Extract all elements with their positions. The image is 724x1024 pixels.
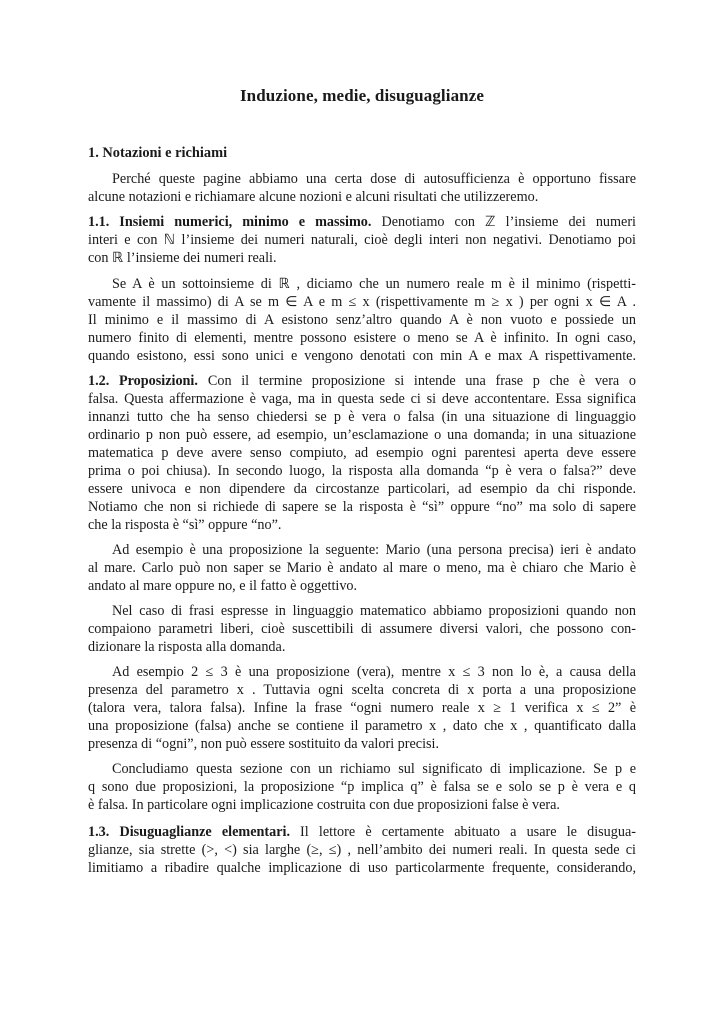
paragraph-line: alcune notazioni e richiamare alcune noz… — [88, 188, 636, 206]
paragraph-line: innanzi tutto che ha senso chiedersi se … — [88, 408, 636, 426]
subsection-heading: 1.1. Insiemi numerici, minimo e massimo. — [88, 214, 371, 230]
subsection-1-2-first-line: 1.2. Proposizioni.Con il termine proposi… — [88, 372, 636, 390]
paragraph-line: glianze, sia strette (>, <) sia larghe (… — [88, 841, 636, 859]
paragraph-text: Il lettore è certamente abituato a usare… — [300, 824, 636, 840]
subsection-1-3-first-line: 1.3. Disuguaglianze elementari.Il lettor… — [88, 823, 636, 841]
paragraph-text: Con il termine proposizione si intende u… — [208, 373, 636, 389]
paragraph-line: è falsa. In particolare ogni implicazion… — [88, 796, 636, 814]
paragraph-line: presenza del parametro x . Tuttavia ogni… — [88, 681, 636, 699]
paragraph-line: Notiamo che non si richiede di sapere se… — [88, 498, 636, 516]
paragraph-line: con ℝ l’insieme dei numeri reali. — [88, 249, 636, 267]
paragraph-line: Nel caso di frasi espresse in linguaggio… — [88, 602, 636, 620]
paragraph-line: Se A è un sottoinsieme di ℝ , diciamo ch… — [88, 275, 636, 293]
paragraph-line: (talora vera, talora falsa). Infine la f… — [88, 699, 636, 717]
paragraph-line: ordinario p non può essere, ad esempio, … — [88, 426, 636, 444]
paragraph-line: limitiamo a ribadire qualche implicazion… — [88, 859, 636, 877]
paragraph-line: essere univoca e non dipendere da circos… — [88, 480, 636, 498]
paragraph-line: che la risposta è “sì” oppure “no”. — [88, 516, 636, 534]
paragraph-line: dizionare la risposta alla domanda. — [88, 638, 636, 656]
document-title: Induzione, medie, disuguaglianze — [0, 86, 724, 106]
paragraph-line: Concludiamo questa sezione con un richia… — [88, 760, 636, 778]
paragraph-line: compaiono parametri liberi, cioè suscett… — [88, 620, 636, 638]
document-page: Induzione, medie, disuguaglianze 1. Nota… — [0, 0, 724, 1024]
subsection-heading: 1.2. Proposizioni. — [88, 373, 198, 389]
paragraph-line: Perché queste pagine abbiamo una certa d… — [88, 170, 636, 188]
paragraph-line: prima o poi chiusa). In secondo luogo, l… — [88, 462, 636, 480]
paragraph-line: numero finito di elementi, mentre posson… — [88, 329, 636, 347]
paragraph-line: al mare. Carlo può non saper se Mario è … — [88, 559, 636, 577]
paragraph-line: quando esistono, essi sono unici e vengo… — [88, 347, 636, 365]
paragraph-line: matematica p deve avere senso compiuto, … — [88, 444, 636, 462]
subsection-1-1-first-line: 1.1. Insiemi numerici, minimo e massimo.… — [88, 213, 636, 231]
paragraph-line: vamente il massimo) di A se m ∈ A e m ≤ … — [88, 293, 636, 311]
paragraph-line: Ad esempio 2 ≤ 3 è una proposizione (ver… — [88, 663, 636, 681]
paragraph-text: Denotiamo con ℤ l’insieme dei numeri — [381, 214, 636, 230]
paragraph-line: q sono due proposizioni, la proposizione… — [88, 778, 636, 796]
section-heading: 1. Notazioni e richiami — [88, 144, 636, 162]
paragraph-line: falsa. Questa affermazione è vaga, ma in… — [88, 390, 636, 408]
paragraph-line: una proposizione (falsa) anche se contie… — [88, 717, 636, 735]
paragraph-line: Ad esempio è una proposizione la seguent… — [88, 541, 636, 559]
paragraph-line: presenza di “ogni”, non può essere sosti… — [88, 735, 636, 753]
paragraph-line: Il minimo e il massimo di A esistono sen… — [88, 311, 636, 329]
paragraph-line: interi e con ℕ l’insieme dei numeri natu… — [88, 231, 636, 249]
subsection-heading: 1.3. Disuguaglianze elementari. — [88, 824, 290, 840]
paragraph-line: andato al mare oppure no, e il fatto è o… — [88, 577, 636, 595]
